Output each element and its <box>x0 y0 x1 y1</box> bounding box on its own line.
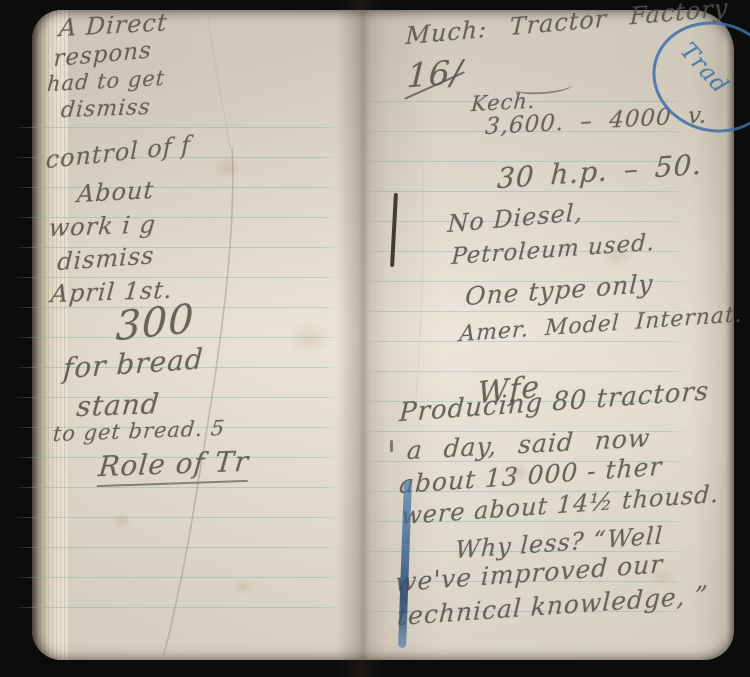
gutter-shadow <box>336 0 388 677</box>
handwriting-line: 16/ <box>406 52 464 95</box>
binding-stitch-dot <box>390 440 393 452</box>
handwriting-line: work i g <box>48 210 158 242</box>
handwriting-line: 300 <box>115 296 195 351</box>
notebook-photo: A Directresponshad to getdismisscontrol … <box>0 0 750 677</box>
handwriting-line: About <box>76 176 155 208</box>
handwriting-line: dismiss <box>60 95 152 123</box>
handwriting-line: Role of Tr <box>97 445 251 487</box>
